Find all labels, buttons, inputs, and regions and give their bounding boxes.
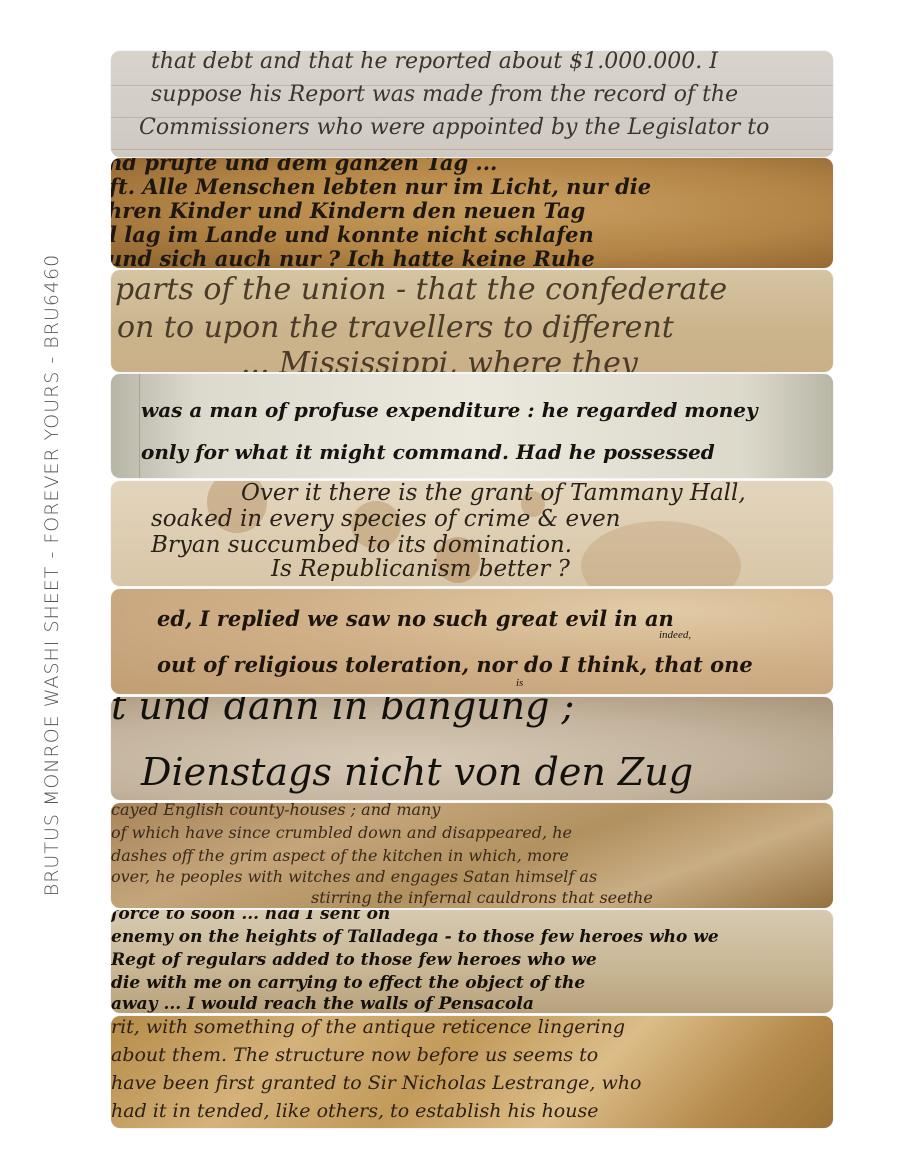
strip-text-line: ed, I replied we saw no such great evil … (157, 593, 833, 645)
strip-text-line: had it in tended, like others, to establ… (111, 1098, 833, 1124)
strip-text-line: Commissioners who were appointed by the … (139, 115, 821, 140)
strip-text-line: soaked in every species of crime & even (151, 507, 833, 531)
washi-strip-7: t und dann in bangung ; Dienstags nicht … (111, 697, 833, 800)
strip-text-line: ... Mississippi, where they (241, 346, 833, 372)
strip-text-line: cayed English county-houses ; and many (111, 803, 833, 820)
strip-text-line: t und dann in bangung ; (111, 697, 833, 729)
washi-strip-8: cayed English county-houses ; and many o… (111, 803, 833, 908)
strip-text-line: about them. The structure now before us … (111, 1042, 833, 1068)
washi-strip-3: parts of the union - that the confederat… (111, 270, 833, 372)
strip-annotation: indeed, (659, 629, 691, 641)
washi-strip-1: that debt and that he reported about $1.… (111, 51, 833, 157)
washi-strip-6: ed, I replied we saw no such great evil … (111, 589, 833, 694)
strip-text-line: was a man of profuse expenditure : he re… (141, 388, 833, 432)
washi-strip-2: nd prüfte und dem ganzen Tag ... ft. All… (111, 158, 833, 268)
washi-strip-10: rit, with something of the antique retic… (111, 1016, 833, 1128)
washi-strip-5: Over it there is the grant of Tammany Ha… (111, 481, 833, 586)
strip-text-line: parts of the union - that the confederat… (115, 272, 833, 308)
washi-strip-4: was a man of profuse expenditure : he re… (111, 374, 833, 478)
strip-text-line: rit, with something of the antique retic… (111, 1016, 833, 1040)
washi-strip-9: force to soon ... had I sent on enemy on… (111, 910, 833, 1013)
strip-text-line: of which have since crumbled down and di… (111, 822, 833, 843)
strip-text-line: out of religious toleration, nor do I th… (157, 639, 833, 691)
strip-text-line: hren Kinder und Kindern den neuen Tag (111, 200, 829, 222)
strip-text-line: dashes off the grim aspect of the kitche… (111, 845, 833, 866)
strip-text-line: Regt of regulars added to those few hero… (111, 950, 833, 971)
strip-text-line: Bryan succumbed to its domination. (151, 533, 833, 557)
strip-text-line: Is Republicanism better ? (271, 557, 833, 581)
strip-text-line: l lag im Lande und konnte nicht schlafen (111, 224, 831, 246)
strip-text-line: only for what it might command. Had he p… (141, 430, 833, 474)
sheet-side-label: BRUTUS MONROE WASHI SHEET - FOREVER YOUR… (41, 254, 63, 896)
strip-text-line: und sich auch nur ? Ich hatte keine Ruhe (111, 248, 829, 268)
strip-text-line: ft. Alle Menschen lebten nur im Licht, n… (111, 176, 831, 198)
strip-text-line: have been first granted to Sir Nicholas … (111, 1070, 833, 1096)
strip-text-line: die with me on carrying to effect the ob… (111, 973, 833, 994)
strip-text-line: force to soon ... had I sent on (111, 910, 833, 925)
strip-text-line: on to upon the travellers to different (117, 310, 833, 346)
strip-text-line: nd prüfte und dem ganzen Tag ... (111, 158, 829, 174)
strip-text-line: away ... I would reach the walls of Pens… (111, 994, 833, 1013)
strip-text-line: Dienstags nicht von den Zug (141, 749, 833, 795)
strip-text-line: that debt and that he reported about $1.… (151, 51, 833, 74)
strip-text-line: Over it there is the grant of Tammany Ha… (241, 481, 833, 505)
strip-text-line: over, he peoples with witches and engage… (111, 866, 833, 887)
strip-text-line: enemy on the heights of Talladega - to t… (111, 927, 833, 948)
strip-text-line: suppose his Report was made from the rec… (151, 82, 833, 107)
strip-annotation: is (516, 677, 523, 689)
strip-text-line: stirring the infernal cauldrons that see… (311, 887, 833, 908)
